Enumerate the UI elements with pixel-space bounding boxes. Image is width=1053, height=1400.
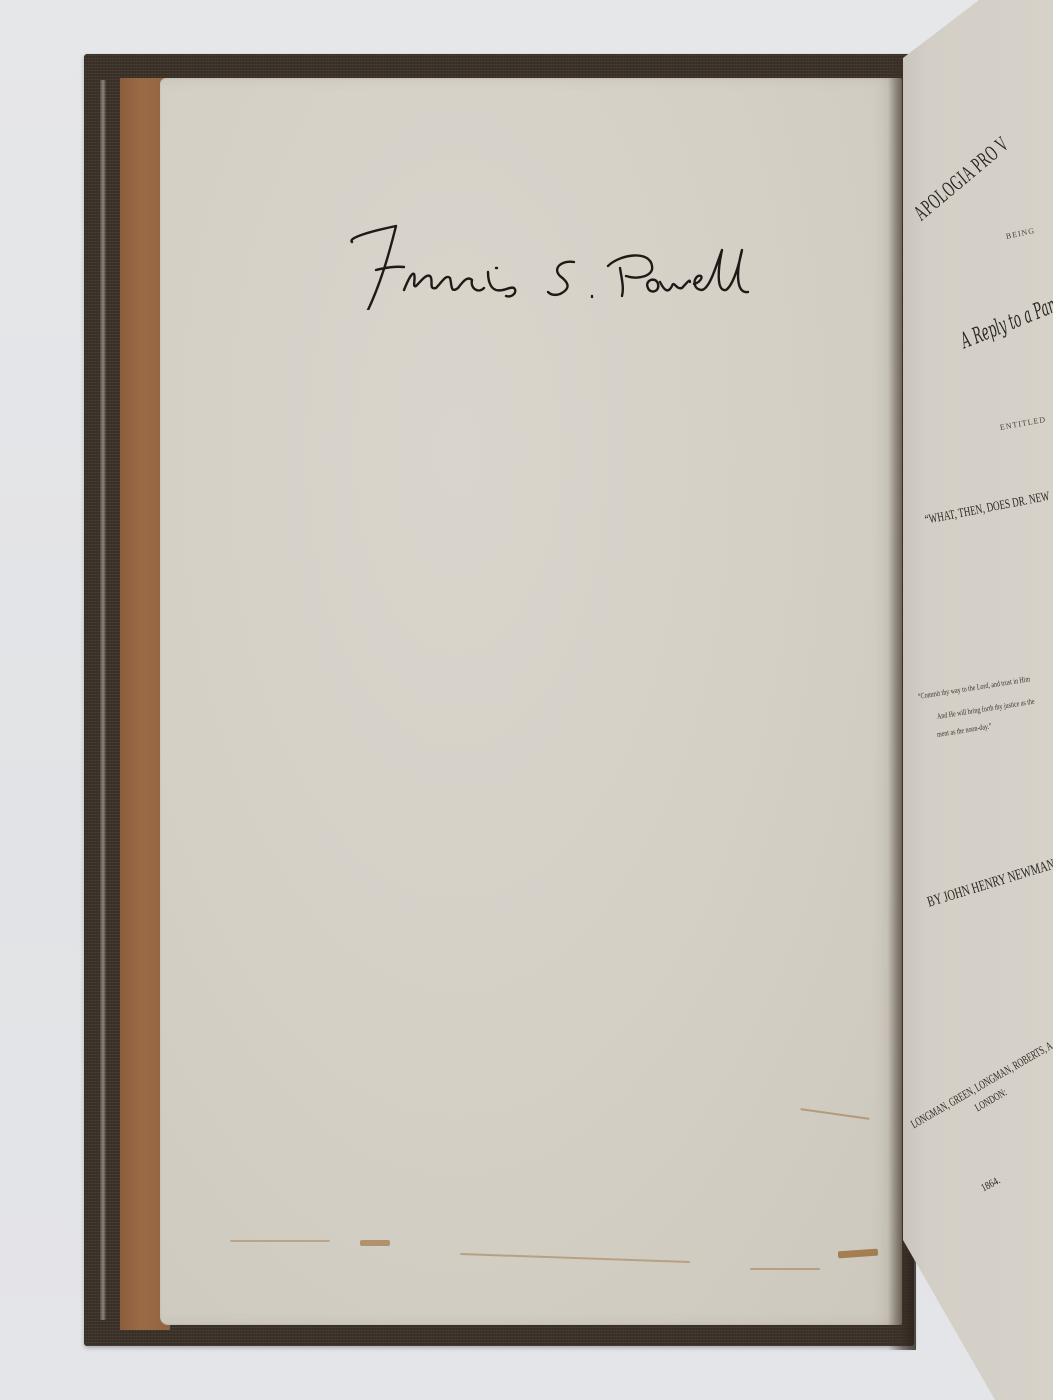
stain-mark [750, 1268, 820, 1270]
signature-ink-icon [338, 210, 758, 310]
cover-edge [100, 80, 106, 1320]
stain-mark [230, 1240, 330, 1242]
book-photo: Francis S. Powell [0, 0, 1053, 1400]
handwritten-inscription: Francis S. Powell [338, 210, 758, 310]
stain-mark [360, 1240, 390, 1246]
